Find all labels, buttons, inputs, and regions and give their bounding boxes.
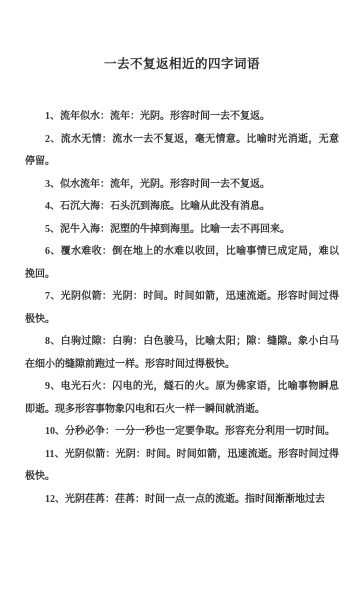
idiom-entry: 6、覆水难收：倒在地上的水难以收回，比喻事情已成定局，难以挽回。 <box>25 241 339 286</box>
idiom-entry: 11、光阴似箭：光阴：时间。时间如箭，迅速流逝。形容时间过得 极快。 <box>25 444 339 489</box>
page-title: 一去不复返相近的四字词语 <box>0 0 364 72</box>
idiom-entry: 2、流水无情：流水一去不复返，毫无情意。比喻时光消逝，无意停留。 <box>25 129 339 174</box>
idiom-entry: 5、泥牛入海：泥塑的牛掉到海里。比喻一去不再回来。 <box>25 219 339 242</box>
idiom-entry-list: 1、流年似水：流年：光阴。形容时间一去不复返。2、流水无情：流水一去不复返，毫无… <box>0 106 364 511</box>
idiom-entry: 1、流年似水：流年：光阴。形容时间一去不复返。 <box>25 106 339 129</box>
idiom-entry: 9、电光石火：闪电的光，燧石的火。原为佛家语，比喻事物瞬息即逝。现多形容事物象闪… <box>25 376 339 421</box>
idiom-entry: 8、白驹过隙：白驹：白色骏马，比喻太阳；隙：缝隙。象小白马在细小的缝隙前跑过一样… <box>25 331 339 376</box>
document-page: 一去不复返相近的四字词语 1、流年似水：流年：光阴。形容时间一去不复返。2、流水… <box>0 0 364 600</box>
idiom-entry: 3、似水流年：流年，光阴。形容时间一去不复返。 <box>25 174 339 197</box>
idiom-entry: 10、分秒必争：一分一秒也一定要争取。形容充分利用一切时间。 <box>25 421 339 444</box>
idiom-entry: 12、光阴荏苒：荏苒：时间一点一点的流逝。指时间渐渐地过去 <box>25 489 339 512</box>
idiom-entry: 7、光阴似箭：光阴：时间。时间如箭，迅速流逝。形容时间过得极快。 <box>25 286 339 331</box>
idiom-entry: 4、石沉大海：石头沉到海底。比喻从此没有消息。 <box>25 196 339 219</box>
